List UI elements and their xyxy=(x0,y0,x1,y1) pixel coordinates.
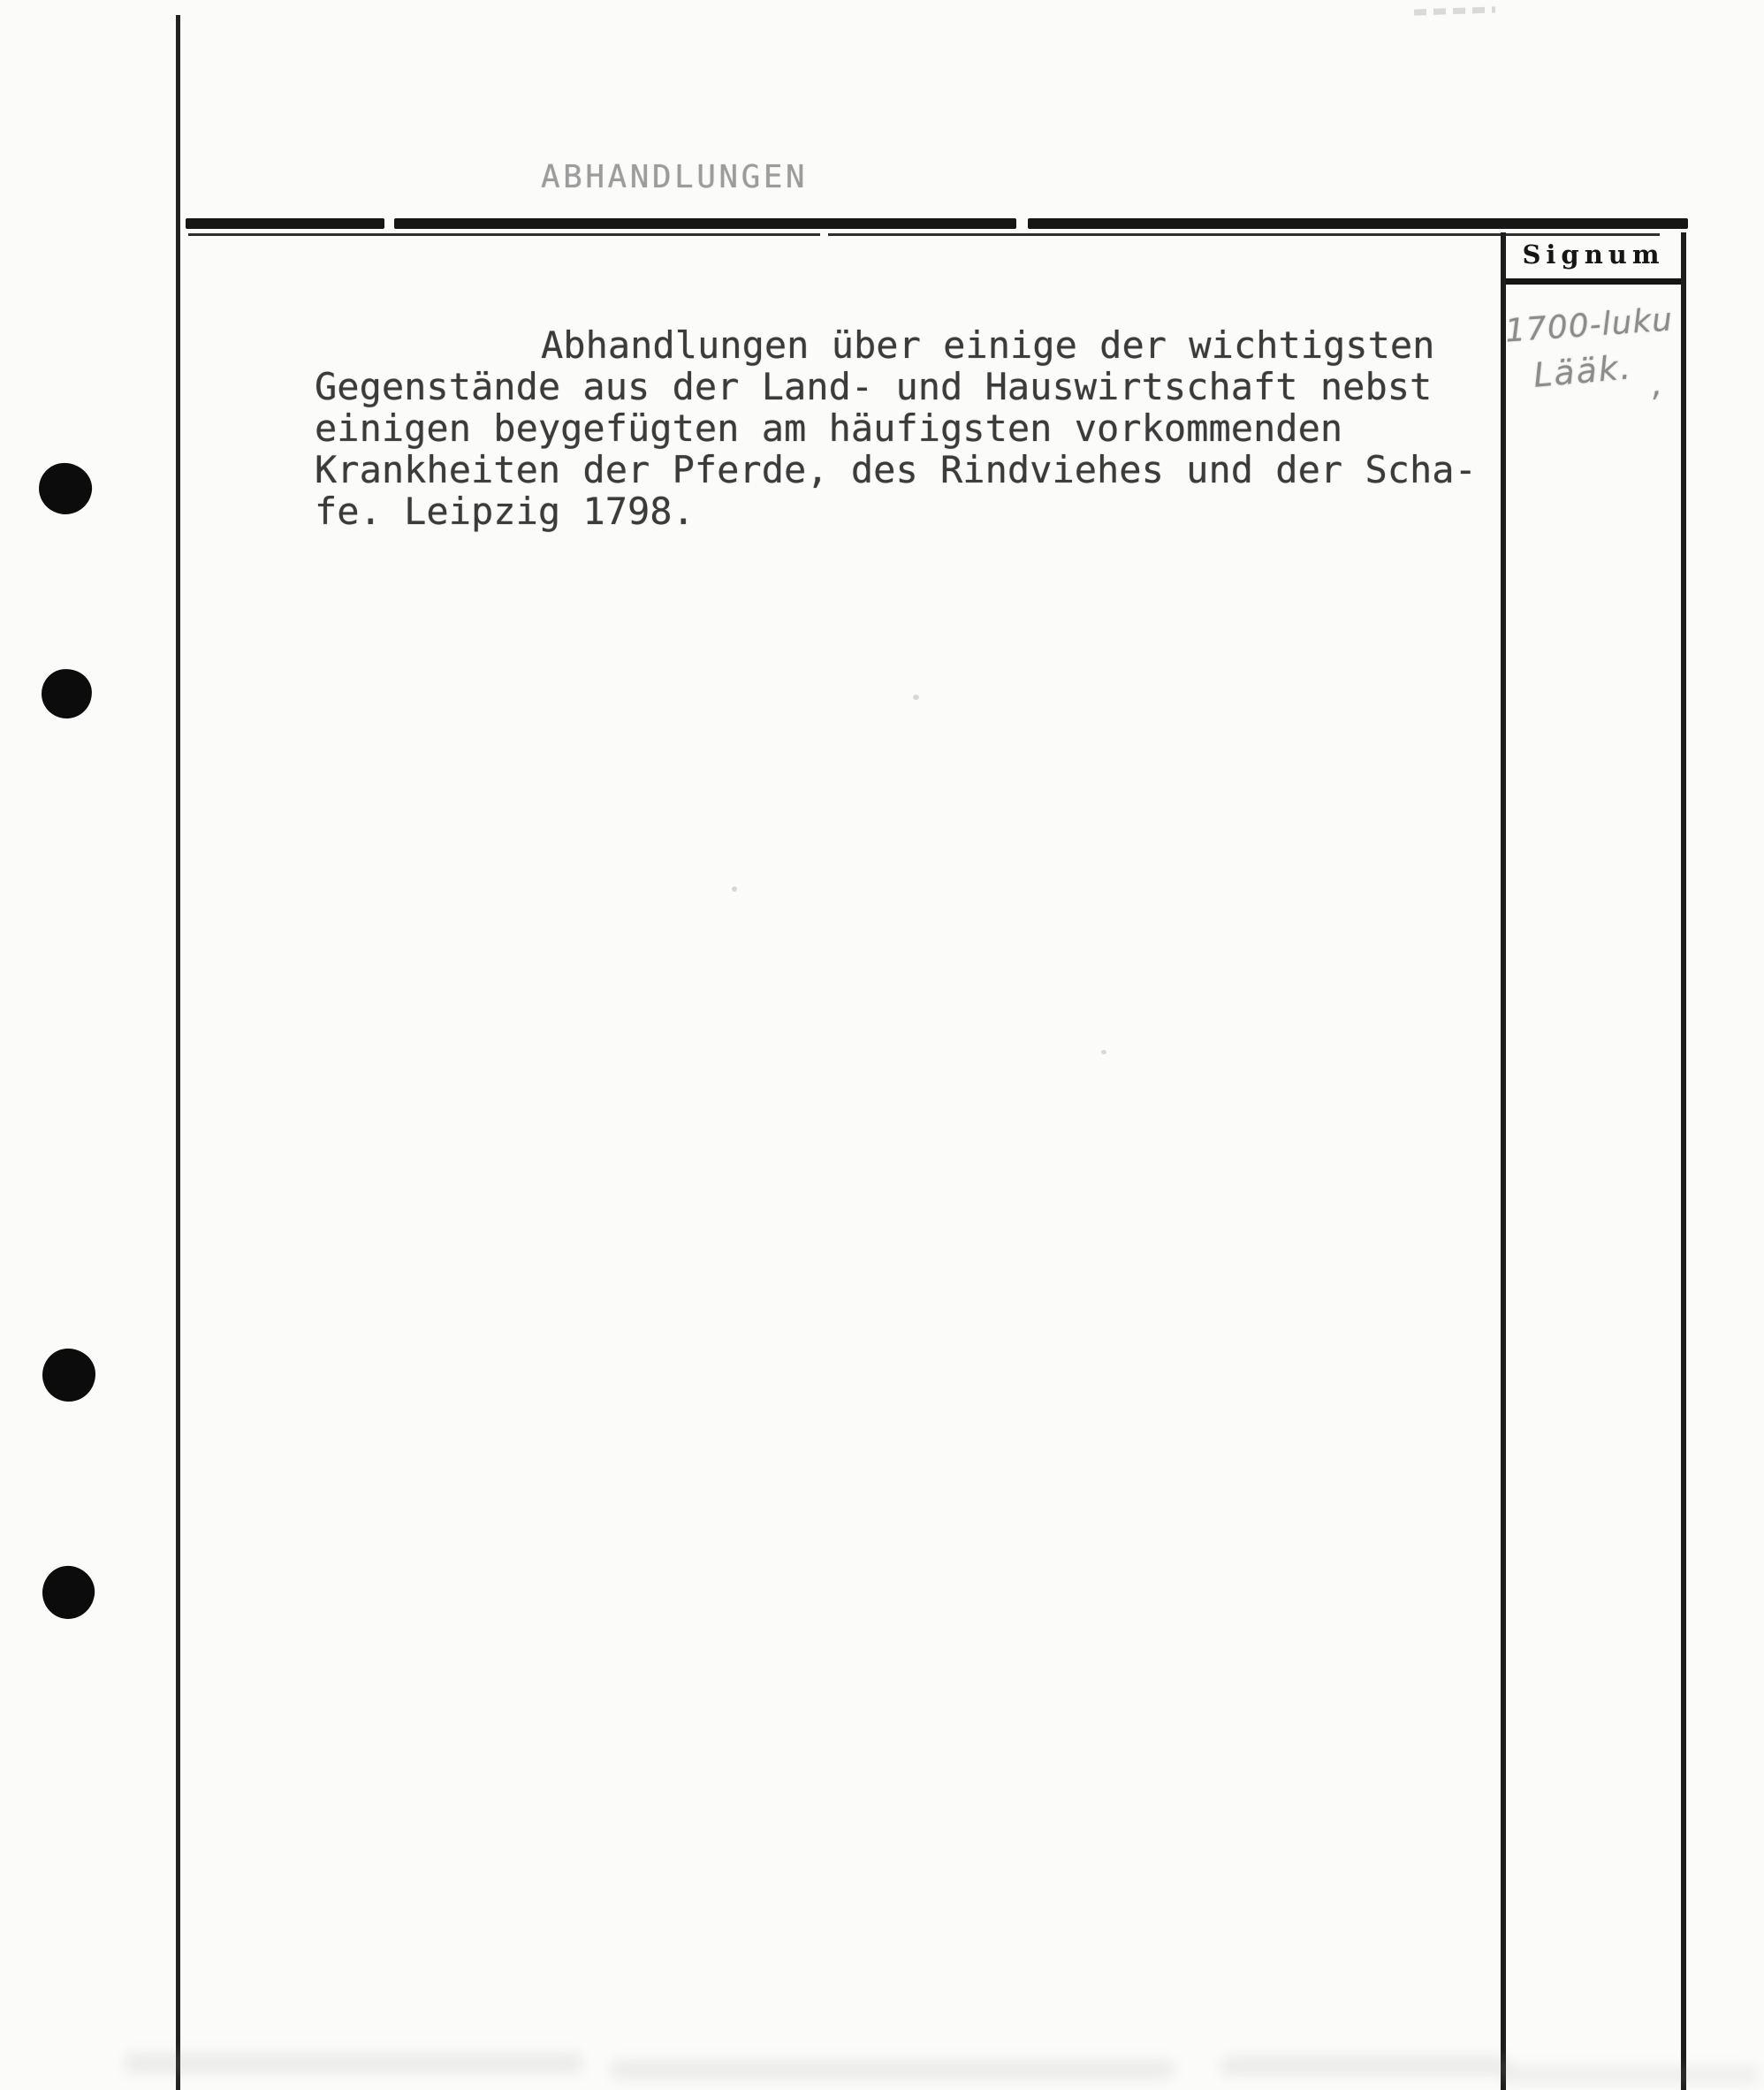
header-rule-thin-segment xyxy=(188,233,820,236)
scan-smudge-bottom xyxy=(610,2059,1175,2080)
handwritten-pencil-tick: , xyxy=(1648,363,1664,403)
scan-smudge-bottom xyxy=(124,2052,583,2075)
handwritten-signum-note-line2: Lääk. xyxy=(1532,347,1633,395)
catalog-entry: Abhandlungen über einige der wichtigsten… xyxy=(315,324,1490,532)
hole-punch xyxy=(35,460,95,518)
hole-punch xyxy=(39,666,95,721)
entry-line: einigen beygefügten am häufigsten vorkom… xyxy=(315,407,1490,449)
scan-smudge-bottom xyxy=(1502,2066,1759,2084)
header-rule-thick-segment xyxy=(186,218,384,229)
scan-smudge-top-right xyxy=(1414,6,1495,15)
page-header: ABHANDLUNGEN xyxy=(541,159,808,195)
scan-speck xyxy=(732,886,737,892)
hole-punch xyxy=(42,1349,95,1402)
signum-underline xyxy=(1506,278,1681,285)
scan-speck xyxy=(913,695,919,700)
signum-left-border xyxy=(1501,232,1506,2090)
scan-speck xyxy=(1101,1050,1106,1054)
entry-line: Abhandlungen über einige der wichtigsten xyxy=(315,324,1490,366)
entry-line: Gegenstände aus der Land- und Hauswirtsc… xyxy=(315,366,1490,407)
scan-smudge-bottom xyxy=(1220,2056,1511,2077)
entry-line: fe. Leipzig 1798. xyxy=(315,490,1490,532)
header-rule-thin-segment xyxy=(828,233,1660,236)
hole-punch xyxy=(38,1562,99,1623)
left-margin-line xyxy=(176,15,180,2090)
handwritten-signum-note-line1: 1700-luku xyxy=(1504,301,1674,349)
signum-label: Signum xyxy=(1506,239,1681,270)
header-rule-thick-segment xyxy=(1028,218,1688,229)
entry-line: Krankheiten der Pferde, des Rindviehes u… xyxy=(315,449,1490,490)
signum-right-border xyxy=(1681,232,1686,2090)
header-rule-thick-segment xyxy=(394,218,1016,229)
